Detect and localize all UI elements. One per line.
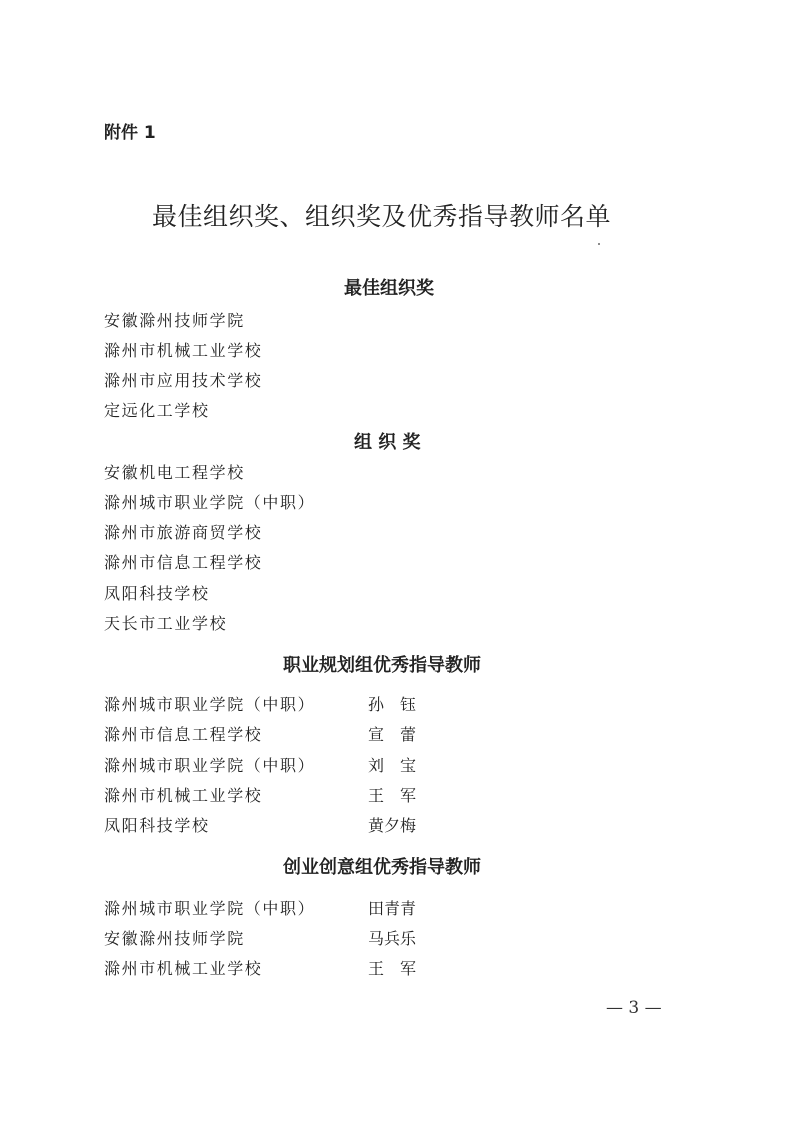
page-number: — 3 — <box>606 998 662 1018</box>
table-row-school: 滁州市机械工业学校 <box>104 783 262 806</box>
table-row-school: 滁州城市职业学院（中职） <box>104 692 315 715</box>
table-row-school: 滁州城市职业学院（中职） <box>104 896 315 919</box>
table-row-teacher: 宣 蕾 <box>368 722 416 745</box>
table-row-school: 凤阳科技学校 <box>104 813 210 836</box>
table-row-teacher: 刘 宝 <box>368 753 416 776</box>
list-item: 滁州市旅游商贸学校 <box>104 520 262 543</box>
document-title: 最佳组织奖、组织奖及优秀指导教师名单 <box>152 197 611 233</box>
table-row-teacher: 黄夕梅 <box>368 813 416 836</box>
table-row-teacher: 马兵乐 <box>368 926 416 949</box>
list-item: 滁州市机械工业学校 <box>104 338 262 361</box>
section-heading-career-planning-teachers: 职业规划组优秀指导教师 <box>283 651 481 677</box>
list-item: 滁州市信息工程学校 <box>104 550 262 573</box>
list-item: 天长市工业学校 <box>104 611 227 634</box>
list-item: 滁州城市职业学院（中职） <box>104 490 315 513</box>
list-item: 安徽滁州技师学院 <box>104 308 245 331</box>
section-heading-best-org-award: 最佳组织奖 <box>344 274 434 300</box>
table-row-school: 滁州城市职业学院（中职） <box>104 753 315 776</box>
attachment-label: 附件 1 <box>104 118 156 143</box>
table-row-school: 安徽滁州技师学院 <box>104 926 245 949</box>
section-heading-org-award: 组 织 奖 <box>354 428 421 454</box>
table-row-teacher: 王 军 <box>368 783 416 806</box>
table-row-teacher: 孙 钰 <box>368 692 416 715</box>
table-row-teacher: 田青青 <box>368 896 416 919</box>
table-row-school: 滁州市信息工程学校 <box>104 722 262 745</box>
list-item: 滁州市应用技术学校 <box>104 368 262 391</box>
scan-speck <box>598 243 600 245</box>
list-item: 安徽机电工程学校 <box>104 460 245 483</box>
section-heading-entrepreneurship-teachers: 创业创意组优秀指导教师 <box>283 853 481 879</box>
table-row-school: 滁州市机械工业学校 <box>104 956 262 979</box>
list-item: 定远化工学校 <box>104 398 210 421</box>
table-row-teacher: 王 军 <box>368 956 416 979</box>
list-item: 凤阳科技学校 <box>104 581 210 604</box>
